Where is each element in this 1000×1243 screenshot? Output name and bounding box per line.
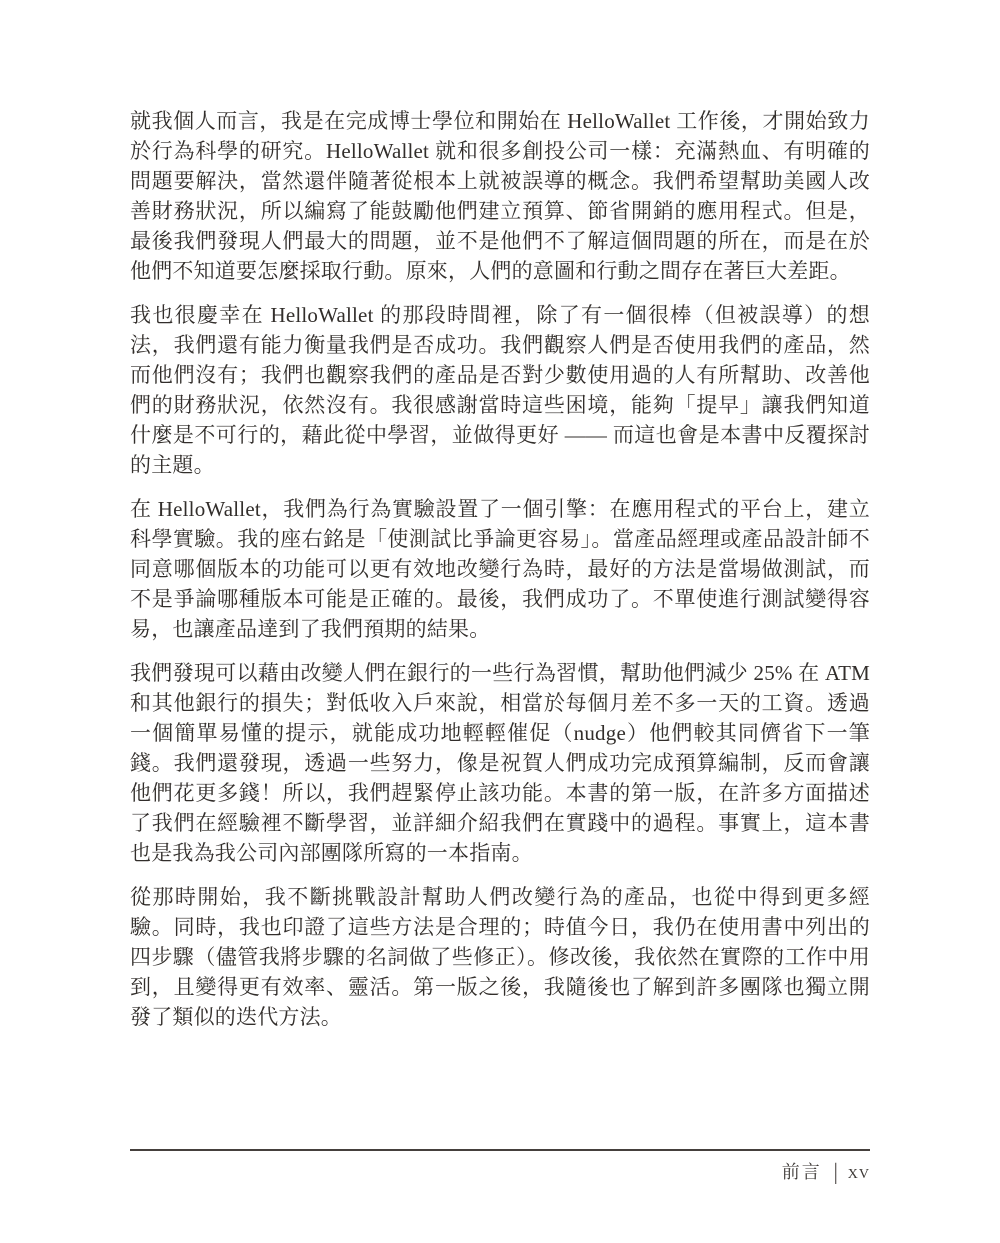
footer-section-label: 前言	[782, 1162, 822, 1182]
paragraph-1: 就我個人而言，我是在完成博士學位和開始在 HelloWallet 工作後，才開始…	[130, 106, 870, 286]
footer-separator: |	[834, 1159, 838, 1185]
footer-page-number: xv	[848, 1161, 870, 1183]
page-body-text: 就我個人而言，我是在完成博士學位和開始在 HelloWallet 工作後，才開始…	[130, 106, 870, 1046]
paragraph-4: 我們發現可以藉由改變人們在銀行的一些行為習慣，幫助他們減少 25% 在 ATM …	[130, 658, 870, 868]
paragraph-5: 從那時開始，我不斷挑戰設計幫助人們改變行為的產品，也從中得到更多經驗。同時，我也…	[130, 882, 870, 1032]
book-page: 就我個人而言，我是在完成博士學位和開始在 HelloWallet 工作後，才開始…	[0, 0, 1000, 1243]
page-footer: 前言|xv	[130, 1149, 870, 1184]
paragraph-2: 我也很慶幸在 HelloWallet 的那段時間裡，除了有一個很棒（但被誤導）的…	[130, 300, 870, 480]
paragraph-3: 在 HelloWallet，我們為行為實驗設置了一個引擎：在應用程式的平台上，建…	[130, 494, 870, 644]
